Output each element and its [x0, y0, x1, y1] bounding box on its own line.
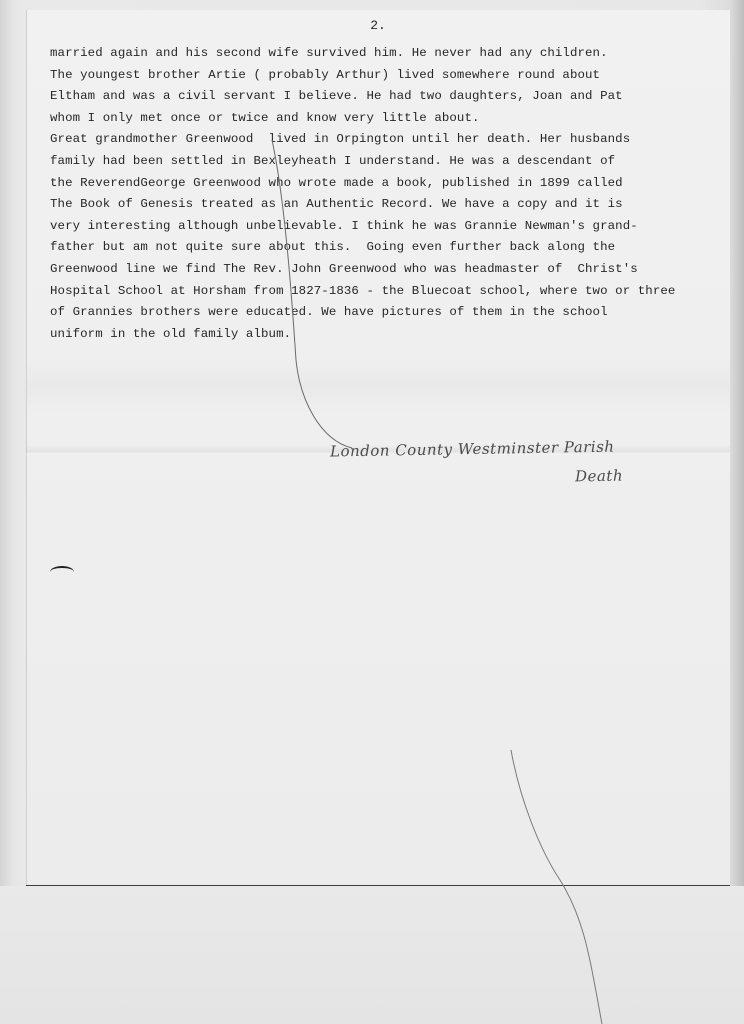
handwritten-note-line-2: Death — [575, 467, 623, 486]
text-line: Great grandmother Greenwood lived in Orp… — [50, 129, 744, 151]
text-line: very interesting although unbelievable. … — [50, 216, 744, 238]
text-line: Eltham and was a civil servant I believe… — [50, 86, 744, 108]
text-line: uniform in the old family album. — [50, 324, 744, 346]
scanner-background — [0, 886, 744, 1024]
text-line: family had been settled in Bexleyheath I… — [50, 151, 744, 173]
ink-mark — [50, 566, 74, 578]
text-line: Hospital School at Horsham from 1827-183… — [50, 281, 744, 303]
typed-body-text: married again and his second wife surviv… — [50, 43, 744, 345]
text-line: The youngest brother Artie ( probably Ar… — [50, 65, 744, 87]
text-line: The Book of Genesis treated as an Authen… — [50, 194, 744, 216]
text-line: of Grannies brothers were educated. We h… — [50, 302, 744, 324]
text-line: father but am not quite sure about this.… — [50, 237, 744, 259]
text-line: Greenwood line we find The Rev. John Gre… — [50, 259, 744, 281]
page-number: 2. — [26, 18, 730, 33]
text-line: married again and his second wife surviv… — [50, 43, 744, 65]
text-line: whom I only met once or twice and know v… — [50, 108, 744, 130]
text-line: the ReverendGeorge Greenwood who wrote m… — [50, 173, 744, 195]
